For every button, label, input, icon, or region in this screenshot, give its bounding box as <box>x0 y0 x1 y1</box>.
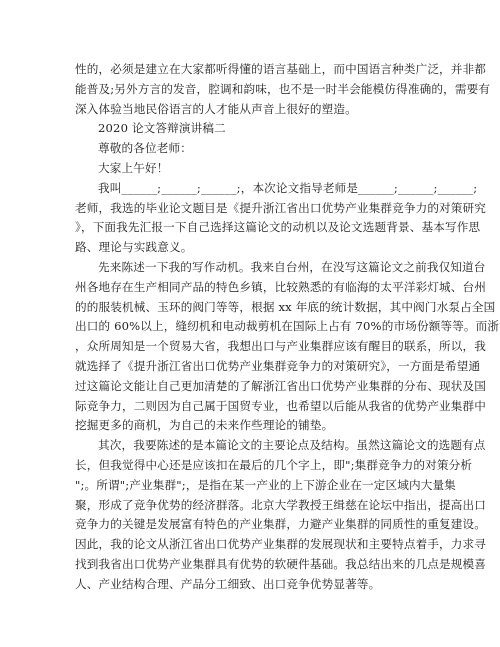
text-line: 挖掘更多的商机，为自己的未来作些理论的铺垫。 <box>75 416 427 436</box>
text-line: 过这篇论文能让自己更加清楚的了解浙江省出口优势产业集群的分布、现状及国 <box>75 377 427 397</box>
text-line: 的的服装机械、玉环的阀门等等，根据 xx 年底的统计数据，其中阀门水泵占全国 <box>75 298 427 318</box>
text-line: 就选择了《提升浙江省出口优势产业集群竞争力的对策研究》，一方面是希望通 <box>75 357 427 377</box>
text-line: 其次，我要陈述的是本篇论文的主要论点及结构。虽然这篇论文的选题有点 <box>75 436 427 456</box>
text-line: 长，但我觉得中心还是应该扣在最后的几个字上，即";集群竞争力的对策分析 <box>75 456 427 476</box>
text-line: 人、产业结构合理、产品分工细致、出口竞争优势显著等。 <box>75 575 427 595</box>
text-line: 性的，必须是建立在大家都听得懂的语言基础上，而中国语言种类广泛，并非都 <box>75 60 427 80</box>
text-line: ";。所谓";产业集群";，是指在某一产业的上下游企业在一定区域内大量集 <box>75 476 427 496</box>
text-line: ，众所周知是一个贸易大省，我想出口与产业集群应该有醒目的联系，所以，我 <box>75 337 427 357</box>
text-line: 先来陈述一下我的写作动机。我来自台州，在没写这篇论文之前我仅知道台 <box>75 258 427 278</box>
text-line: 我叫______;______;______;，本次论文指导老师是______;… <box>75 179 427 199</box>
text-line: 出口的 60%以上，缝纫机和电动裁剪机在国际上占有 70%的市场份额等等。而浙江 <box>75 317 427 337</box>
greeting: 大家上午好！ <box>75 159 427 179</box>
salutation: 尊敬的各位老师： <box>75 139 427 159</box>
document-page: 性的，必须是建立在大家都听得懂的语言基础上，而中国语言种类广泛，并非都 能普及;… <box>75 60 427 595</box>
text-line: 》，下面我先汇报一下自己选择这篇论文的动机以及论文选题背景、基本写作思 <box>75 218 427 238</box>
text-line: 路、理论与实践意义。 <box>75 238 427 258</box>
text-line: 因此，我的论文从浙江省出口优势产业集群的发展现状和主要特点着手，力求寻 <box>75 535 427 555</box>
text-line: 竞争力的关键是发展富有特色的产业集群，力避产业集群的同质性的重复建设。 <box>75 515 427 535</box>
text-line: 老师，我选的毕业论文题目是《提升浙江省出口优势产业集群竞争力的对策研究 <box>75 199 427 219</box>
text-line: 州各地存在生产相同产品的特色乡镇，比较熟悉的有临海的太平洋彩灯城、台州 <box>75 278 427 298</box>
speech-title: 2020 论文答辩演讲稿二 <box>75 119 427 139</box>
text-line: 能普及;另外方言的发音，腔调和韵味，也不是一时半会能模仿得准确的，需要有 <box>75 80 427 100</box>
text-line: 际竞争力，二则因为自己属于国贸专业，也希望以后能从我省的优势产业集群中 <box>75 397 427 417</box>
text-line: 找到我省出口优势产业集群具有优势的软硬件基础。我总结出来的几点是规模喜 <box>75 555 427 575</box>
text-line: 聚，形成了竞争优势的经济群落。北京大学教授王缉慈在论坛中指出，提高出口 <box>75 496 427 516</box>
text-line: 深入体验当地民俗语言的人才能从声音上很好的塑造。 <box>75 100 427 120</box>
